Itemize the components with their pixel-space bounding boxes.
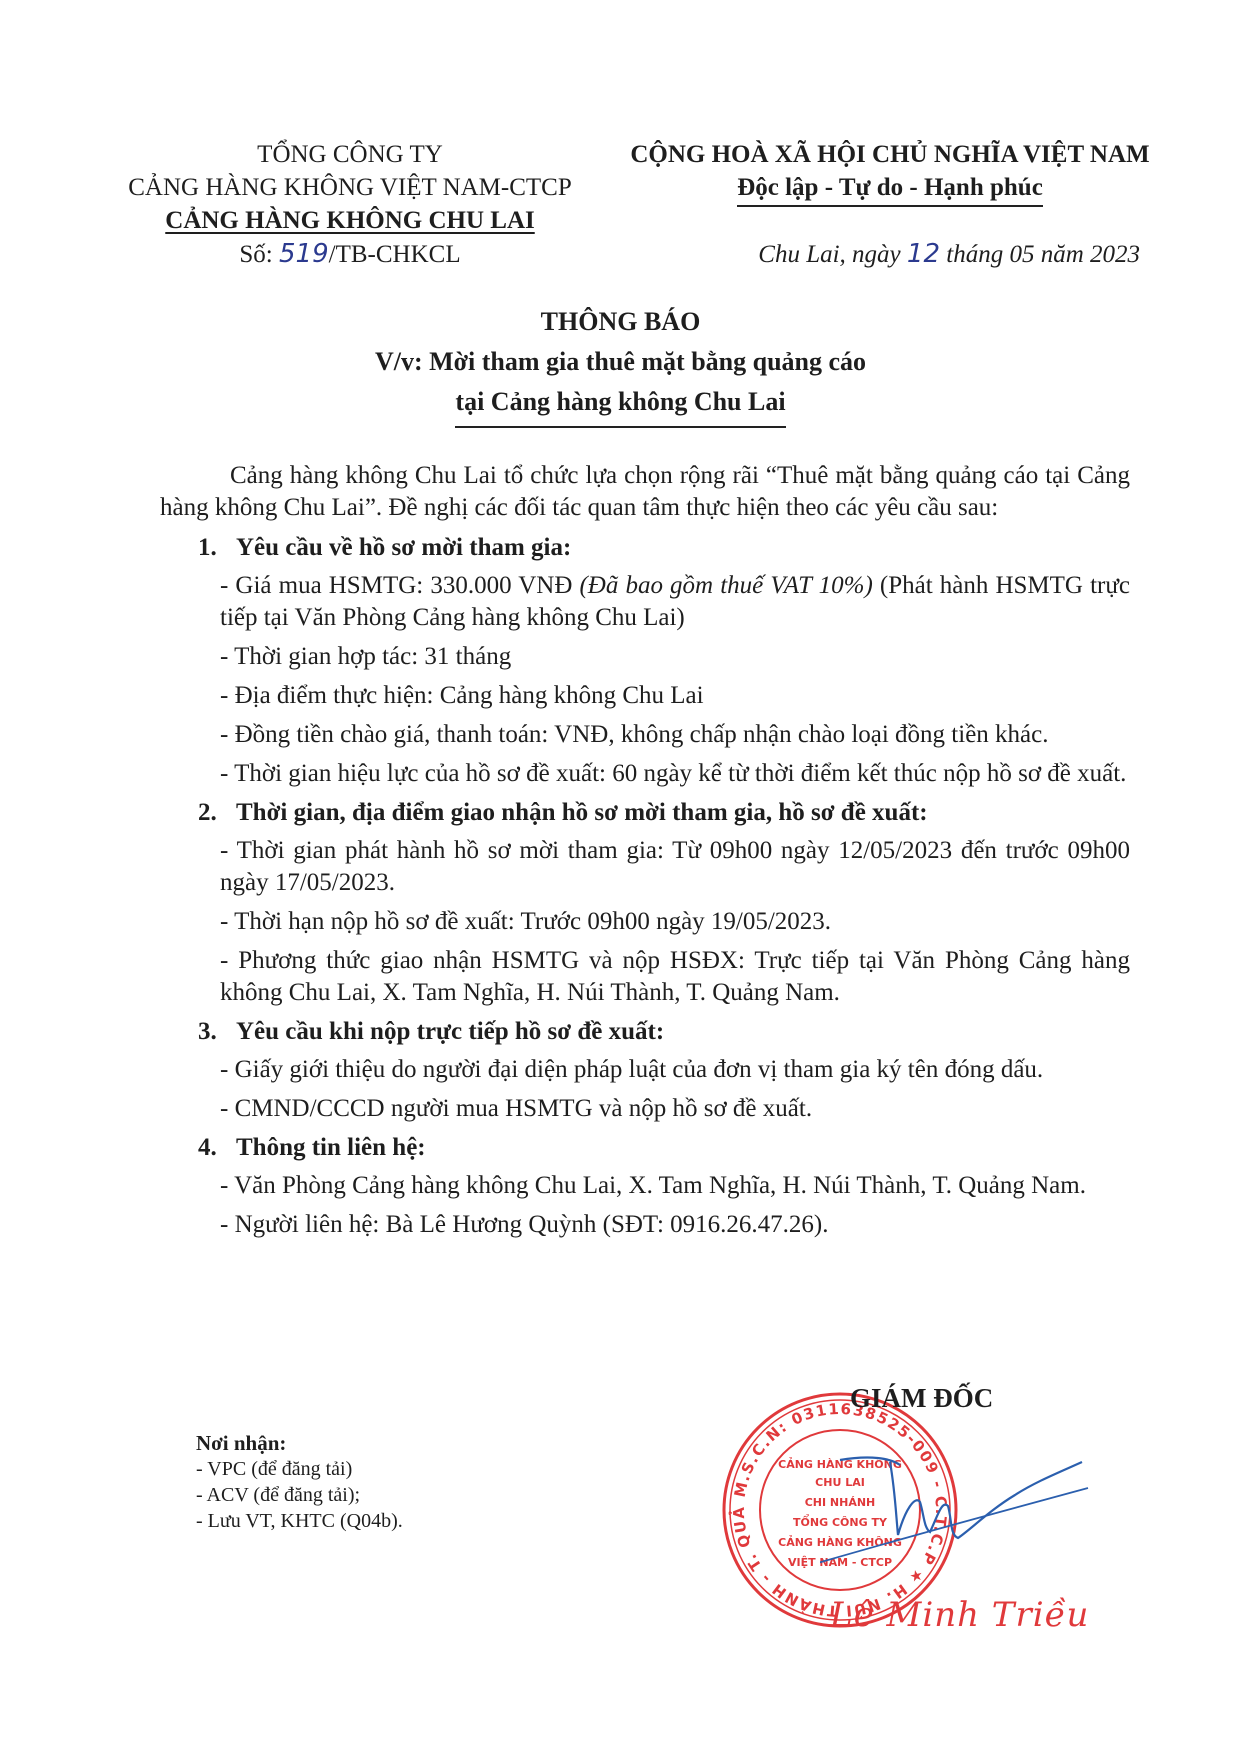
document-page: TỔNG CÔNG TY CẢNG HÀNG KHÔNG VIỆT NAM-CT… (0, 0, 1241, 1755)
date-line: Chu Lai, ngày 12 tháng 05 năm 2023 (600, 239, 1180, 269)
doc-no-suffix: /TB-CHKCL (329, 241, 461, 268)
date-day-handwritten: 12 (907, 239, 940, 269)
intro-paragraph: Cảng hàng không Chu Lai tổ chức lựa chọn… (160, 460, 1130, 524)
national-title: CỘNG HOÀ XÃ HỘI CHỦ NGHĨA VIỆT NAM (600, 138, 1180, 171)
recipients-heading: Nơi nhận: (196, 1430, 403, 1456)
section-2-item: - Thời gian phát hành hồ sơ mời tham gia… (160, 835, 1130, 899)
section-2-item: - Phương thức giao nhận HSMTG và nộp HSĐ… (160, 945, 1130, 1009)
recipient-item: - Lưu VT, KHTC (Q04b). (196, 1508, 403, 1534)
section-3-heading: 3.Yêu cầu khi nộp trực tiếp hồ sơ đề xuấ… (160, 1016, 1130, 1048)
recipient-item: - VPC (để đăng tải) (196, 1456, 403, 1482)
signer-name: Lê Minh Triều (830, 1595, 1089, 1635)
section-3-item: - CMND/CCCD người mua HSMTG và nộp hồ sơ… (160, 1093, 1130, 1125)
section-1-item: - Địa điểm thực hiện: Cảng hàng không Ch… (160, 680, 1130, 712)
date-suffix: tháng 05 năm 2023 (940, 241, 1140, 268)
notice-subject-line-2: tại Cảng hàng không Chu Lai (455, 382, 785, 428)
recipient-item: - ACV (để đăng tải); (196, 1482, 403, 1508)
doc-no-prefix: Số: (239, 241, 279, 268)
section-3-item: - Giấy giới thiệu do người đại diện pháp… (160, 1054, 1130, 1086)
date-prefix: Chu Lai, ngày (758, 241, 907, 268)
signer-title: GIÁM ĐỐC (850, 1383, 993, 1414)
national-header: CỘNG HOÀ XÃ HỘI CHỦ NGHĨA VIỆT NAM Độc l… (600, 138, 1180, 207)
section-4-item: - Văn Phòng Cảng hàng không Chu Lai, X. … (160, 1170, 1130, 1202)
recipients-block: Nơi nhận: - VPC (để đăng tải) - ACV (để … (196, 1430, 403, 1534)
section-1-item: - Thời gian hiệu lực của hồ sơ đề xuất: … (160, 758, 1130, 790)
issuer-header: TỔNG CÔNG TY CẢNG HÀNG KHÔNG VIỆT NAM-CT… (110, 138, 590, 237)
section-1-item: - Thời gian hợp tác: 31 tháng (160, 641, 1130, 673)
notice-heading: THÔNG BÁO (0, 302, 1241, 342)
issuer-line-1: TỔNG CÔNG TY (110, 138, 590, 171)
doc-no-handwritten: 519 (279, 239, 329, 269)
section-4-heading: 4.Thông tin liên hệ: (160, 1132, 1130, 1164)
section-1-item: - Giá mua HSMTG: 330.000 VNĐ (Đã bao gồm… (160, 570, 1130, 634)
section-1-heading: 1.Yêu cầu về hồ sơ mời tham gia: (160, 532, 1130, 564)
notice-body: Cảng hàng không Chu Lai tổ chức lựa chọn… (160, 460, 1130, 1248)
issuer-line-2: CẢNG HÀNG KHÔNG VIỆT NAM-CTCP (110, 171, 590, 204)
notice-subject-line-1: V/v: Mời tham gia thuê mặt bằng quảng cá… (0, 342, 1241, 382)
section-2-heading: 2.Thời gian, địa điểm giao nhận hồ sơ mờ… (160, 797, 1130, 829)
section-2-item: - Thời hạn nộp hồ sơ đề xuất: Trước 09h0… (160, 906, 1130, 938)
notice-title-block: THÔNG BÁO V/v: Mời tham gia thuê mặt bằn… (0, 302, 1241, 428)
issuer-line-3: CẢNG HÀNG KHÔNG CHU LAI (110, 204, 590, 237)
section-4-item: - Người liên hệ: Bà Lê Hương Quỳnh (SĐT:… (160, 1209, 1130, 1241)
signature-scribble-icon (820, 1440, 1090, 1570)
national-motto: Độc lập - Tự do - Hạnh phúc (737, 173, 1043, 207)
document-number: Số: 519/TB-CHKCL (110, 239, 590, 269)
section-1-item: - Đồng tiền chào giá, thanh toán: VNĐ, k… (160, 719, 1130, 751)
